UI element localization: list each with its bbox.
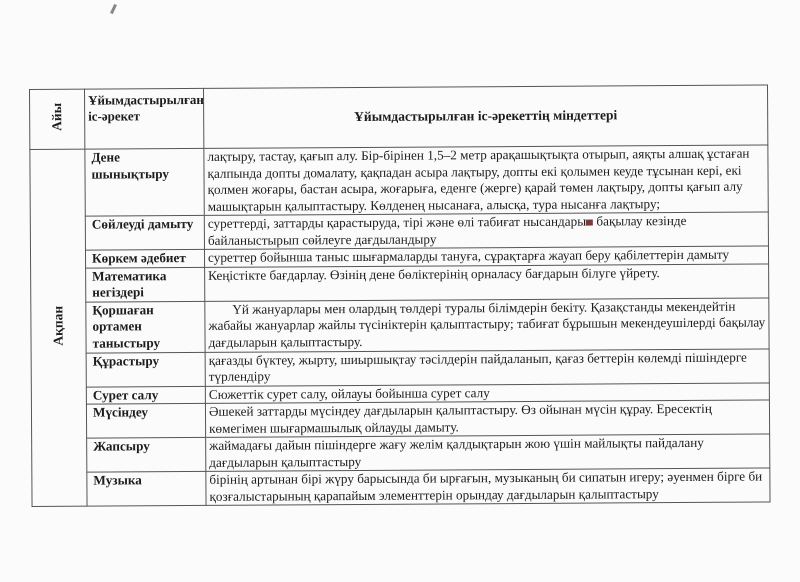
table-row: Математика негіздері Кеңістікте бағдарла… xyxy=(31,263,769,302)
tasks-cell: Кеңістікте бағдарлау. Өзінің дене бөлікт… xyxy=(205,263,769,300)
curriculum-table: Айы Ұйымдастырылған іс-әрекет Ұйымдастыр… xyxy=(29,84,771,507)
table-row: Жапсыру жаймадағы дайын пішіндерге жағу … xyxy=(32,434,770,473)
activity-cell: Қоршаған ортамен таныстыру xyxy=(86,301,205,353)
table-row: Мүсіндеу Әшекей заттарды мүсіндеу дағдыл… xyxy=(31,400,769,439)
tasks-cell: қағазды бүктеу, жырту, шиыршықтау тәсілд… xyxy=(205,348,769,385)
activity-cell: Сурет салу xyxy=(86,386,205,404)
activity-cell: Математика негіздері xyxy=(86,267,205,302)
tasks-cell: Әшекей заттарды мүсіндеу дағдыларын қалы… xyxy=(205,400,769,437)
tasks-cell: жаймадағы дайын пішіндерге жағу желім қа… xyxy=(206,434,770,471)
tasks-cell: Үй жануарлары мен олардың төлдері туралы… xyxy=(205,297,769,351)
table-row: Құрастыру қағазды бүктеу, жырту, шиыршық… xyxy=(31,348,769,387)
activity-header: Ұйымдастырылған іс-әрекет xyxy=(85,88,204,149)
tasks-cell: бірінің артынан бірі жүру барысында би ы… xyxy=(206,468,770,505)
pen-mark xyxy=(110,4,117,14)
activity-cell: Мүсіндеу xyxy=(86,403,205,438)
tasks-cell: суреттерді, заттарды қарастыруда, тірі ж… xyxy=(204,212,768,249)
header-row: Айы Ұйымдастырылған іс-әрекет Ұйымдастыр… xyxy=(30,85,768,150)
table-row: Қоршаған ортамен таныстыру Үй жануарлары… xyxy=(31,297,769,353)
tasks-cell: лақтыру, тастау, қағып алу. Бір-бірінен … xyxy=(204,145,768,215)
activity-cell: Музыка xyxy=(87,471,206,506)
activity-cell: Дене шынықтыру xyxy=(85,148,204,216)
table-row: Сөйлеуді дамыту суреттерді, заттарды қар… xyxy=(30,212,768,251)
table-row: Музыка бірінің артынан бірі жүру барысын… xyxy=(32,468,770,507)
month-cell: Ақпан xyxy=(30,149,87,506)
tasks-header: Ұйымдастырылған іс-әрекеттің міндеттері xyxy=(203,85,767,148)
activity-cell: Жапсыру xyxy=(87,437,206,472)
month-header: Айы xyxy=(30,89,85,149)
activity-cell: Көркем әдебиет xyxy=(85,249,204,267)
table-row: Ақпан Дене шынықтыру лақтыру, тастау, қа… xyxy=(30,145,768,217)
activity-cell: Сөйлеуді дамыту xyxy=(85,215,204,250)
activity-cell: Құрастыру xyxy=(86,352,205,387)
